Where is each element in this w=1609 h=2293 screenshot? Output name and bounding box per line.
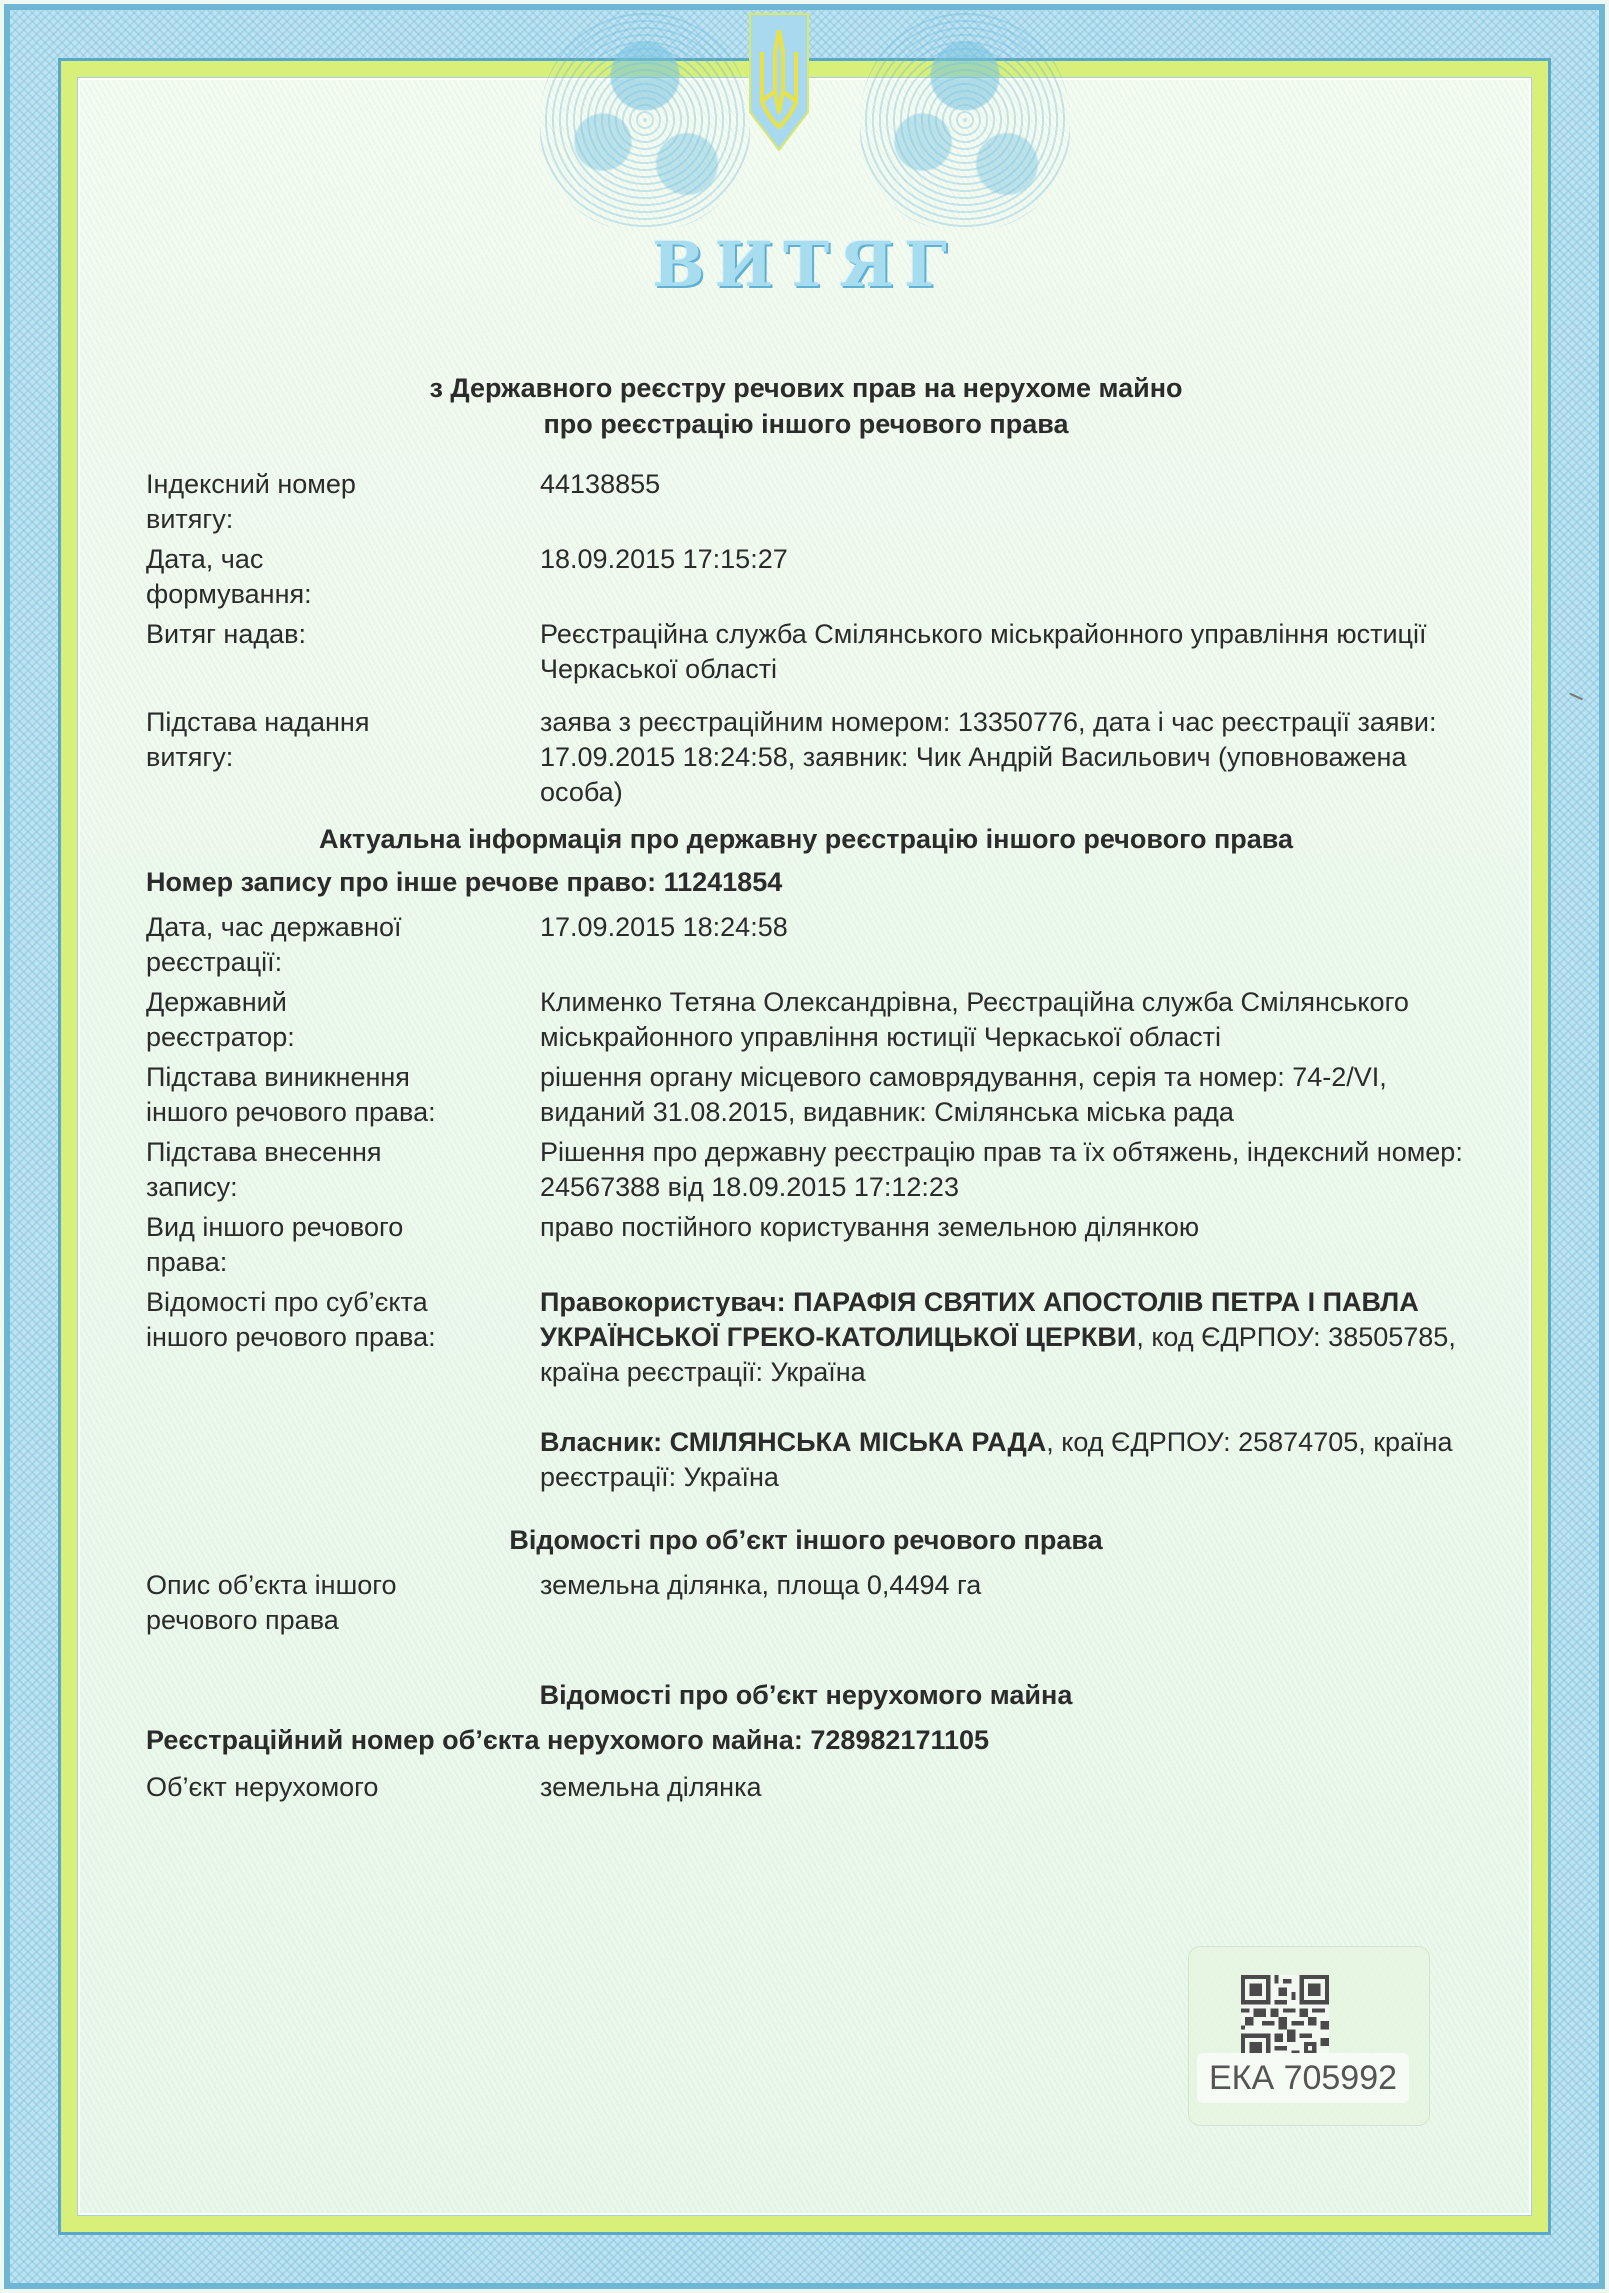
owner-role: Власник: [540, 1427, 662, 1457]
rights-holder-role: Правокористувач: [540, 1287, 786, 1317]
qr-code-icon [1241, 1975, 1329, 2063]
security-label: ЕКА 705992 [1188, 1946, 1430, 2126]
field-label: Підстава виникнення іншого речового прав… [146, 1060, 446, 1130]
field-value: право постійного користування земельною … [540, 1210, 1466, 1280]
field-label: Державний реєстратор: [146, 985, 346, 1055]
field-value: заява з реєстраційним номером: 13350776,… [540, 705, 1466, 810]
field-label: Опис об’єкта іншого речового права [146, 1568, 446, 1638]
field-property-object: Об’єкт нерухомого земельна ділянка [146, 1770, 1466, 1805]
field-label: Дата, час державної реєстрації: [146, 910, 446, 980]
field-right-type: Вид іншого речового права: право постійн… [146, 1210, 1466, 1280]
field-subject: Відомості про суб’єкта іншого речового п… [146, 1285, 1466, 1495]
field-object-description: Опис об’єкта іншого речового права земел… [146, 1568, 1466, 1638]
field-label: Об’єкт нерухомого [146, 1770, 540, 1805]
property-reg-number-label: Реєстраційний номер об’єкта нерухомого м… [146, 1725, 803, 1755]
field-value: Рішення про державну реєстрацію прав та … [540, 1135, 1466, 1205]
serial-number: ЕКА 705992 [1197, 2053, 1409, 2103]
record-number-label: Номер запису про інше речове право: [146, 867, 656, 897]
document-subtitle: з Державного реєстру речових прав на нер… [146, 370, 1466, 442]
field-value: Реєстраційна служба Смілянського міськра… [540, 617, 1466, 687]
record-number-value: 11241854 [664, 867, 783, 897]
field-label: Підстава надання витягу: [146, 705, 426, 810]
field-issue-basis: Підстава надання витягу: заява з реєстра… [146, 705, 1466, 810]
subtitle-line-1: з Державного реєстру речових прав на нер… [146, 370, 1466, 406]
field-label: Вид іншого речового права: [146, 1210, 446, 1280]
field-label: Дата, час формування: [146, 542, 346, 612]
field-label: Підстава внесення запису: [146, 1135, 426, 1205]
field-index-number: Індексний номер витягу: 44138855 [146, 467, 1466, 537]
document-title: ВИТЯГ [0, 228, 1609, 301]
extract-body: з Державного реєстру речових прав на нер… [146, 370, 1466, 1805]
property-reg-number-value: 728982171105 [810, 1725, 989, 1755]
field-value: 18.09.2015 17:15:27 [540, 542, 1466, 612]
section-title-current-info: Актуальна інформація про державну реєстр… [146, 822, 1466, 857]
field-value: Клименко Тетяна Олександрівна, Реєстраці… [540, 985, 1466, 1055]
field-value: земельна ділянка, площа 0,4494 га [540, 1568, 1466, 1638]
field-value: 17.09.2015 18:24:58 [540, 910, 1466, 980]
field-value: 44138855 [540, 467, 1466, 537]
coat-of-arms-ornament [560, 0, 1050, 230]
field-entry-basis: Підстава внесення запису: Рішення про де… [146, 1135, 1466, 1205]
field-label: Відомості про суб’єкта іншого речового п… [146, 1285, 446, 1495]
rights-holder: Правокористувач: ПАРАФІЯ СВЯТИХ АПОСТОЛІ… [540, 1285, 1466, 1390]
ornament-right-icon [860, 10, 1070, 230]
owner-name: СМІЛЯНСЬКА МІСЬКА РАДА [670, 1427, 1047, 1457]
field-label: Витяг надав: [146, 617, 540, 687]
field-registration-date: Дата, час державної реєстрації: 17.09.20… [146, 910, 1466, 980]
section-title-object-info: Відомості про об’єкт іншого речового пра… [146, 1523, 1466, 1558]
field-value: земельна ділянка [540, 1770, 1466, 1805]
field-value: Правокористувач: ПАРАФІЯ СВЯТИХ АПОСТОЛІ… [540, 1285, 1466, 1495]
property-reg-number-line: Реєстраційний номер об’єкта нерухомого м… [146, 1723, 1466, 1758]
field-value: рішення органу місцевого самоврядування,… [540, 1060, 1466, 1130]
ornament-left-icon [540, 10, 750, 230]
trident-coat-of-arms-icon [748, 12, 810, 152]
field-registrar: Державний реєстратор: Клименко Тетяна Ол… [146, 985, 1466, 1055]
field-issued-by: Витяг надав: Реєстраційна служба Смілянс… [146, 617, 1466, 687]
section-title-property-info: Відомості про об’єкт нерухомого майна [146, 1678, 1466, 1713]
field-label: Індексний номер витягу: [146, 467, 446, 537]
field-right-basis: Підстава виникнення іншого речового прав… [146, 1060, 1466, 1130]
subtitle-line-2: про реєстрацію іншого речового права [146, 406, 1466, 442]
owner: Власник: СМІЛЯНСЬКА МІСЬКА РАДА, код ЄДР… [540, 1425, 1466, 1495]
record-number-line: Номер запису про інше речове право: 1124… [146, 865, 1466, 900]
field-generated-at: Дата, час формування: 18.09.2015 17:15:2… [146, 542, 1466, 612]
